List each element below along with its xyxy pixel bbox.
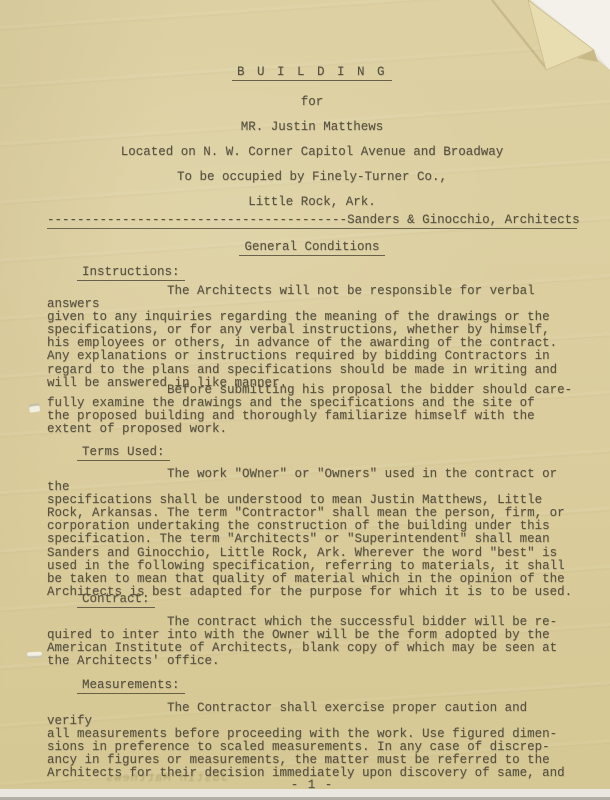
city-line: Little Rock, Ark. [47, 196, 577, 209]
paper-sheet: Justin Matthews B U I L D I N G for MR. … [0, 0, 610, 789]
architect-dash-line: ---------------------------------------- [47, 213, 347, 227]
occupant-line: To be occupied by Finely-Turner Co., [47, 171, 577, 184]
heading-terms-used: Terms Used: [77, 446, 577, 461]
page-number: - 1 - [47, 779, 577, 792]
paragraph: The work "OWner" or "Owners" used in the… [47, 468, 577, 599]
heading-contract: Contract: [77, 593, 577, 608]
paragraph: The Contractor shall exercise proper cau… [47, 702, 577, 781]
section-title: General Conditions [47, 241, 577, 256]
heading-measurements: Measurements: [77, 679, 577, 694]
paragraph: The contract which the successful bidder… [47, 616, 577, 668]
scanned-page: Justin Matthews B U I L D I N G for MR. … [0, 0, 610, 800]
paragraph: The Architects will not be responsible f… [47, 285, 577, 390]
paper-hole [28, 403, 40, 412]
architect-signature-row: ----------------------------------------… [47, 214, 577, 229]
document-body: B U I L D I N G for MR. Justin Matthews … [47, 0, 577, 789]
architect-name: Sanders & Ginocchio, Architects [347, 213, 580, 227]
heading-instructions: Instructions: [77, 266, 577, 281]
paper-hole [27, 652, 42, 659]
title-for-line: for [47, 96, 577, 109]
location-line: Located on N. W. Corner Capitol Avenue a… [47, 146, 577, 159]
client-name: MR. Justin Matthews [47, 121, 577, 134]
paragraph: Before submitting his proposal the bidde… [47, 384, 577, 436]
folded-corner [480, 0, 610, 90]
